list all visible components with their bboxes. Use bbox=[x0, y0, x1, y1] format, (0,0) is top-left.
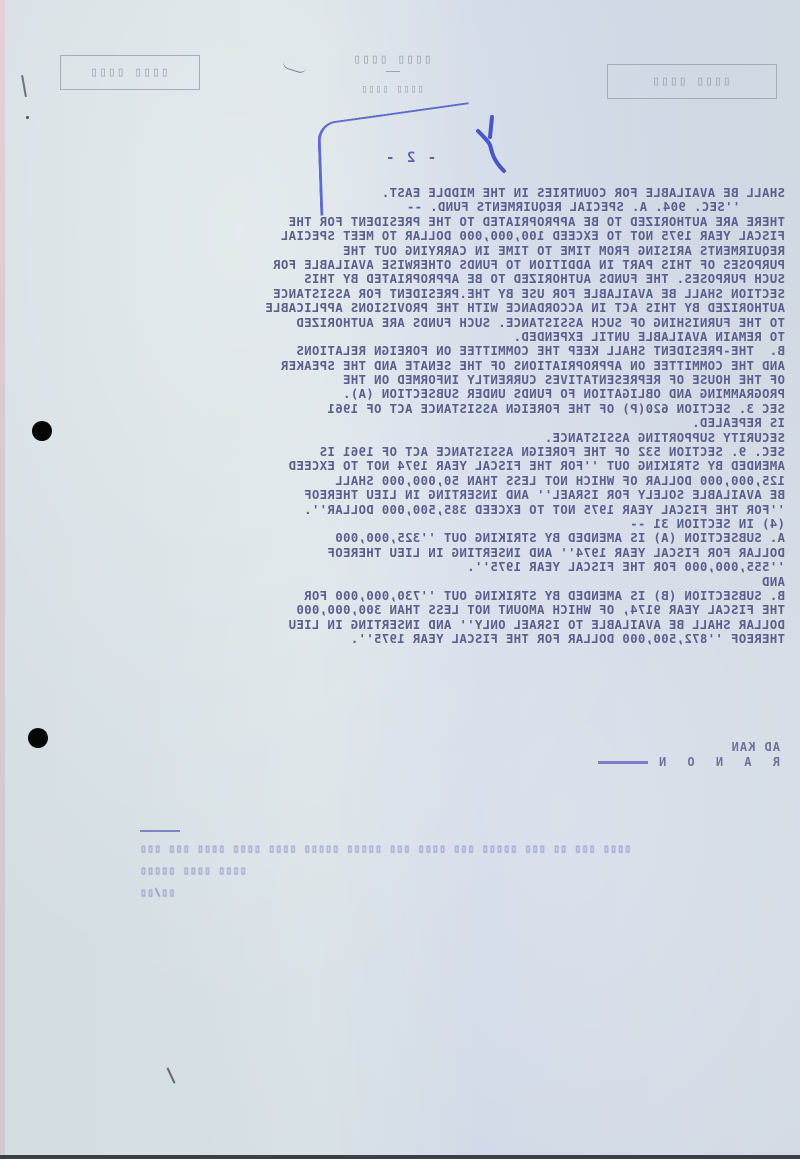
body-line: AUTHORIZED BY THIS ACT IN ACCORDANCE WIT… bbox=[135, 301, 785, 315]
punch-hole bbox=[28, 728, 48, 748]
footer-line-3: ▯▯\▯▯ bbox=[140, 886, 740, 908]
body-line: OF THE HOUSE OF REPRESENTATIVES CURRENTL… bbox=[135, 373, 785, 387]
body-line: PROGRAMMING AND OBLIGATION FO FUNDS UNDE… bbox=[135, 387, 785, 401]
footer-line-1: ▯▯▯ ▯▯▯ ▯▯▯▯ ▯▯▯▯ ▯▯▯▯ ▯▯▯▯▯ ▯▯▯▯▯ ▯▯▯ ▯… bbox=[140, 842, 740, 864]
body-line: TO THE FURNISHING OF SUCH ASSISTANCE. SU… bbox=[135, 316, 785, 330]
body-line: THERE ARE AUTHORIZED TO BE APPROPRIATED … bbox=[135, 215, 785, 229]
punch-hole bbox=[32, 421, 52, 441]
header-stamp-left: ▯▯▯▯ ▯▯▯▯ bbox=[60, 55, 200, 90]
body-line: B. SUBSECTION (B) IS AMENDED BY STRIKING… bbox=[135, 589, 785, 603]
body-line: SHALL BE AVAILABLE FOR COUNTRIES IN THE … bbox=[135, 186, 785, 200]
stamp-right-text: ▯▯▯▯ ▯▯▯▯ bbox=[652, 74, 731, 89]
footer-line-2: ▯▯▯▯▯ ▯▯▯▯ ▯▯▯▯ bbox=[140, 864, 740, 886]
header-stamp-right: ▯▯▯▯ ▯▯▯▯ bbox=[607, 64, 777, 99]
body-line: 125,000,000 DOLLAR OF WHICH NOT LESS THA… bbox=[135, 474, 785, 488]
body-line: TO REMAIN AVAILABLE UNTIL EXPENDED. bbox=[135, 330, 785, 344]
body-line: IS REPEALED. bbox=[135, 416, 785, 430]
body-line: DOLLAR FOR FISCAL YEAR 1974'' AND INSERT… bbox=[135, 546, 785, 560]
body-line: FISCAL YEAR 1975 NOT TO EXCEED 100,000,0… bbox=[135, 229, 785, 243]
body-line: THE FISCAL YEAR 9174, OF WHICH AMOUNT NO… bbox=[135, 603, 785, 617]
body-line: A. SUBSECTION (A) IS AMENDED BY STRIKING… bbox=[135, 531, 785, 545]
document-body: SHALL BE AVAILABLE FOR COUNTRIES IN THE … bbox=[135, 186, 785, 647]
body-line: AND THE COMMITTEE ON APPROPRIATIONS OF T… bbox=[135, 359, 785, 373]
page-number: - 2 - bbox=[384, 150, 436, 166]
hebrew-footer: ▯▯▯ ▯▯▯ ▯▯▯▯ ▯▯▯▯ ▯▯▯▯ ▯▯▯▯▯ ▯▯▯▯▯ ▯▯▯ ▯… bbox=[140, 830, 740, 908]
body-line: SECURITY SUPPORTING ASSISTANCE. bbox=[135, 431, 785, 445]
header-letterhead: ▯▯▯▯ ▯▯▯▯ ▯▯▯▯ ▯▯▯▯ bbox=[318, 52, 468, 95]
body-line: BE AVAILABLE SOLELY FOR ISRAEL'' AND INS… bbox=[135, 488, 785, 502]
stamp-left-text: ▯▯▯▯ ▯▯▯▯ bbox=[90, 65, 169, 80]
body-line: PURPOSES OF THIS PART IN ADDITION TO FUN… bbox=[135, 258, 785, 272]
pen-check-annotation bbox=[470, 115, 510, 175]
signature-block: AD KAN R A N O N bbox=[520, 740, 780, 770]
body-line: DOLLAR SHALL BE AVAILABLE TO ISRAEL ONLY… bbox=[135, 618, 785, 632]
body-line: SEC. 9. SECTION 532 OF THE FOREIGN ASSIS… bbox=[135, 445, 785, 459]
body-line: AMENDED BY STRIKING OUT ''FOR THE FISCAL… bbox=[135, 459, 785, 473]
body-line: SECTION SHALL BE AVAILABLE FOR USE BY TH… bbox=[135, 287, 785, 301]
body-line: THEREOF ''872,500,000 DOLLAR FOR THE FIS… bbox=[135, 632, 785, 646]
body-line: SEC 3. SECTION 620(P) OF THE FOREIGN ASS… bbox=[135, 402, 785, 416]
signature-line-1: AD KAN bbox=[520, 740, 780, 755]
signature-line-2: R A N O N bbox=[652, 755, 780, 769]
body-line: (4) IN SECTION 31 -- bbox=[135, 517, 785, 531]
letterhead-divider bbox=[386, 71, 400, 72]
body-line: B. THE-PRESIDENT SHALL KEEP THE COMMITTE… bbox=[135, 344, 785, 358]
page-bottom-edge bbox=[0, 1155, 800, 1159]
body-line: SUCH PURPOSES. THE FUNDS AUTHORIZED TO B… bbox=[135, 272, 785, 286]
body-line: ''SEC. 904. A. SPECIAL REQUIRMENTS FUND.… bbox=[135, 200, 785, 214]
body-line: ''FOR THE FISCAL YEAR 1975 NOT TO EXCEED… bbox=[135, 503, 785, 517]
signature-underline bbox=[598, 761, 648, 764]
letterhead-title: ▯▯▯▯ ▯▯▯▯ bbox=[318, 52, 468, 67]
letterhead-subtitle: ▯▯▯▯ ▯▯▯▯ bbox=[318, 84, 468, 95]
footer-rule bbox=[140, 830, 180, 832]
page-left-edge bbox=[0, 0, 5, 1159]
body-line: REQUIRMENTS ARISING FROM TIME TO TIME IN… bbox=[135, 244, 785, 258]
body-line: ''555,000,000 FOR THE FISCAL YEAR 1975''… bbox=[135, 560, 785, 574]
margin-dot bbox=[26, 116, 29, 119]
body-line: AND bbox=[135, 575, 785, 589]
